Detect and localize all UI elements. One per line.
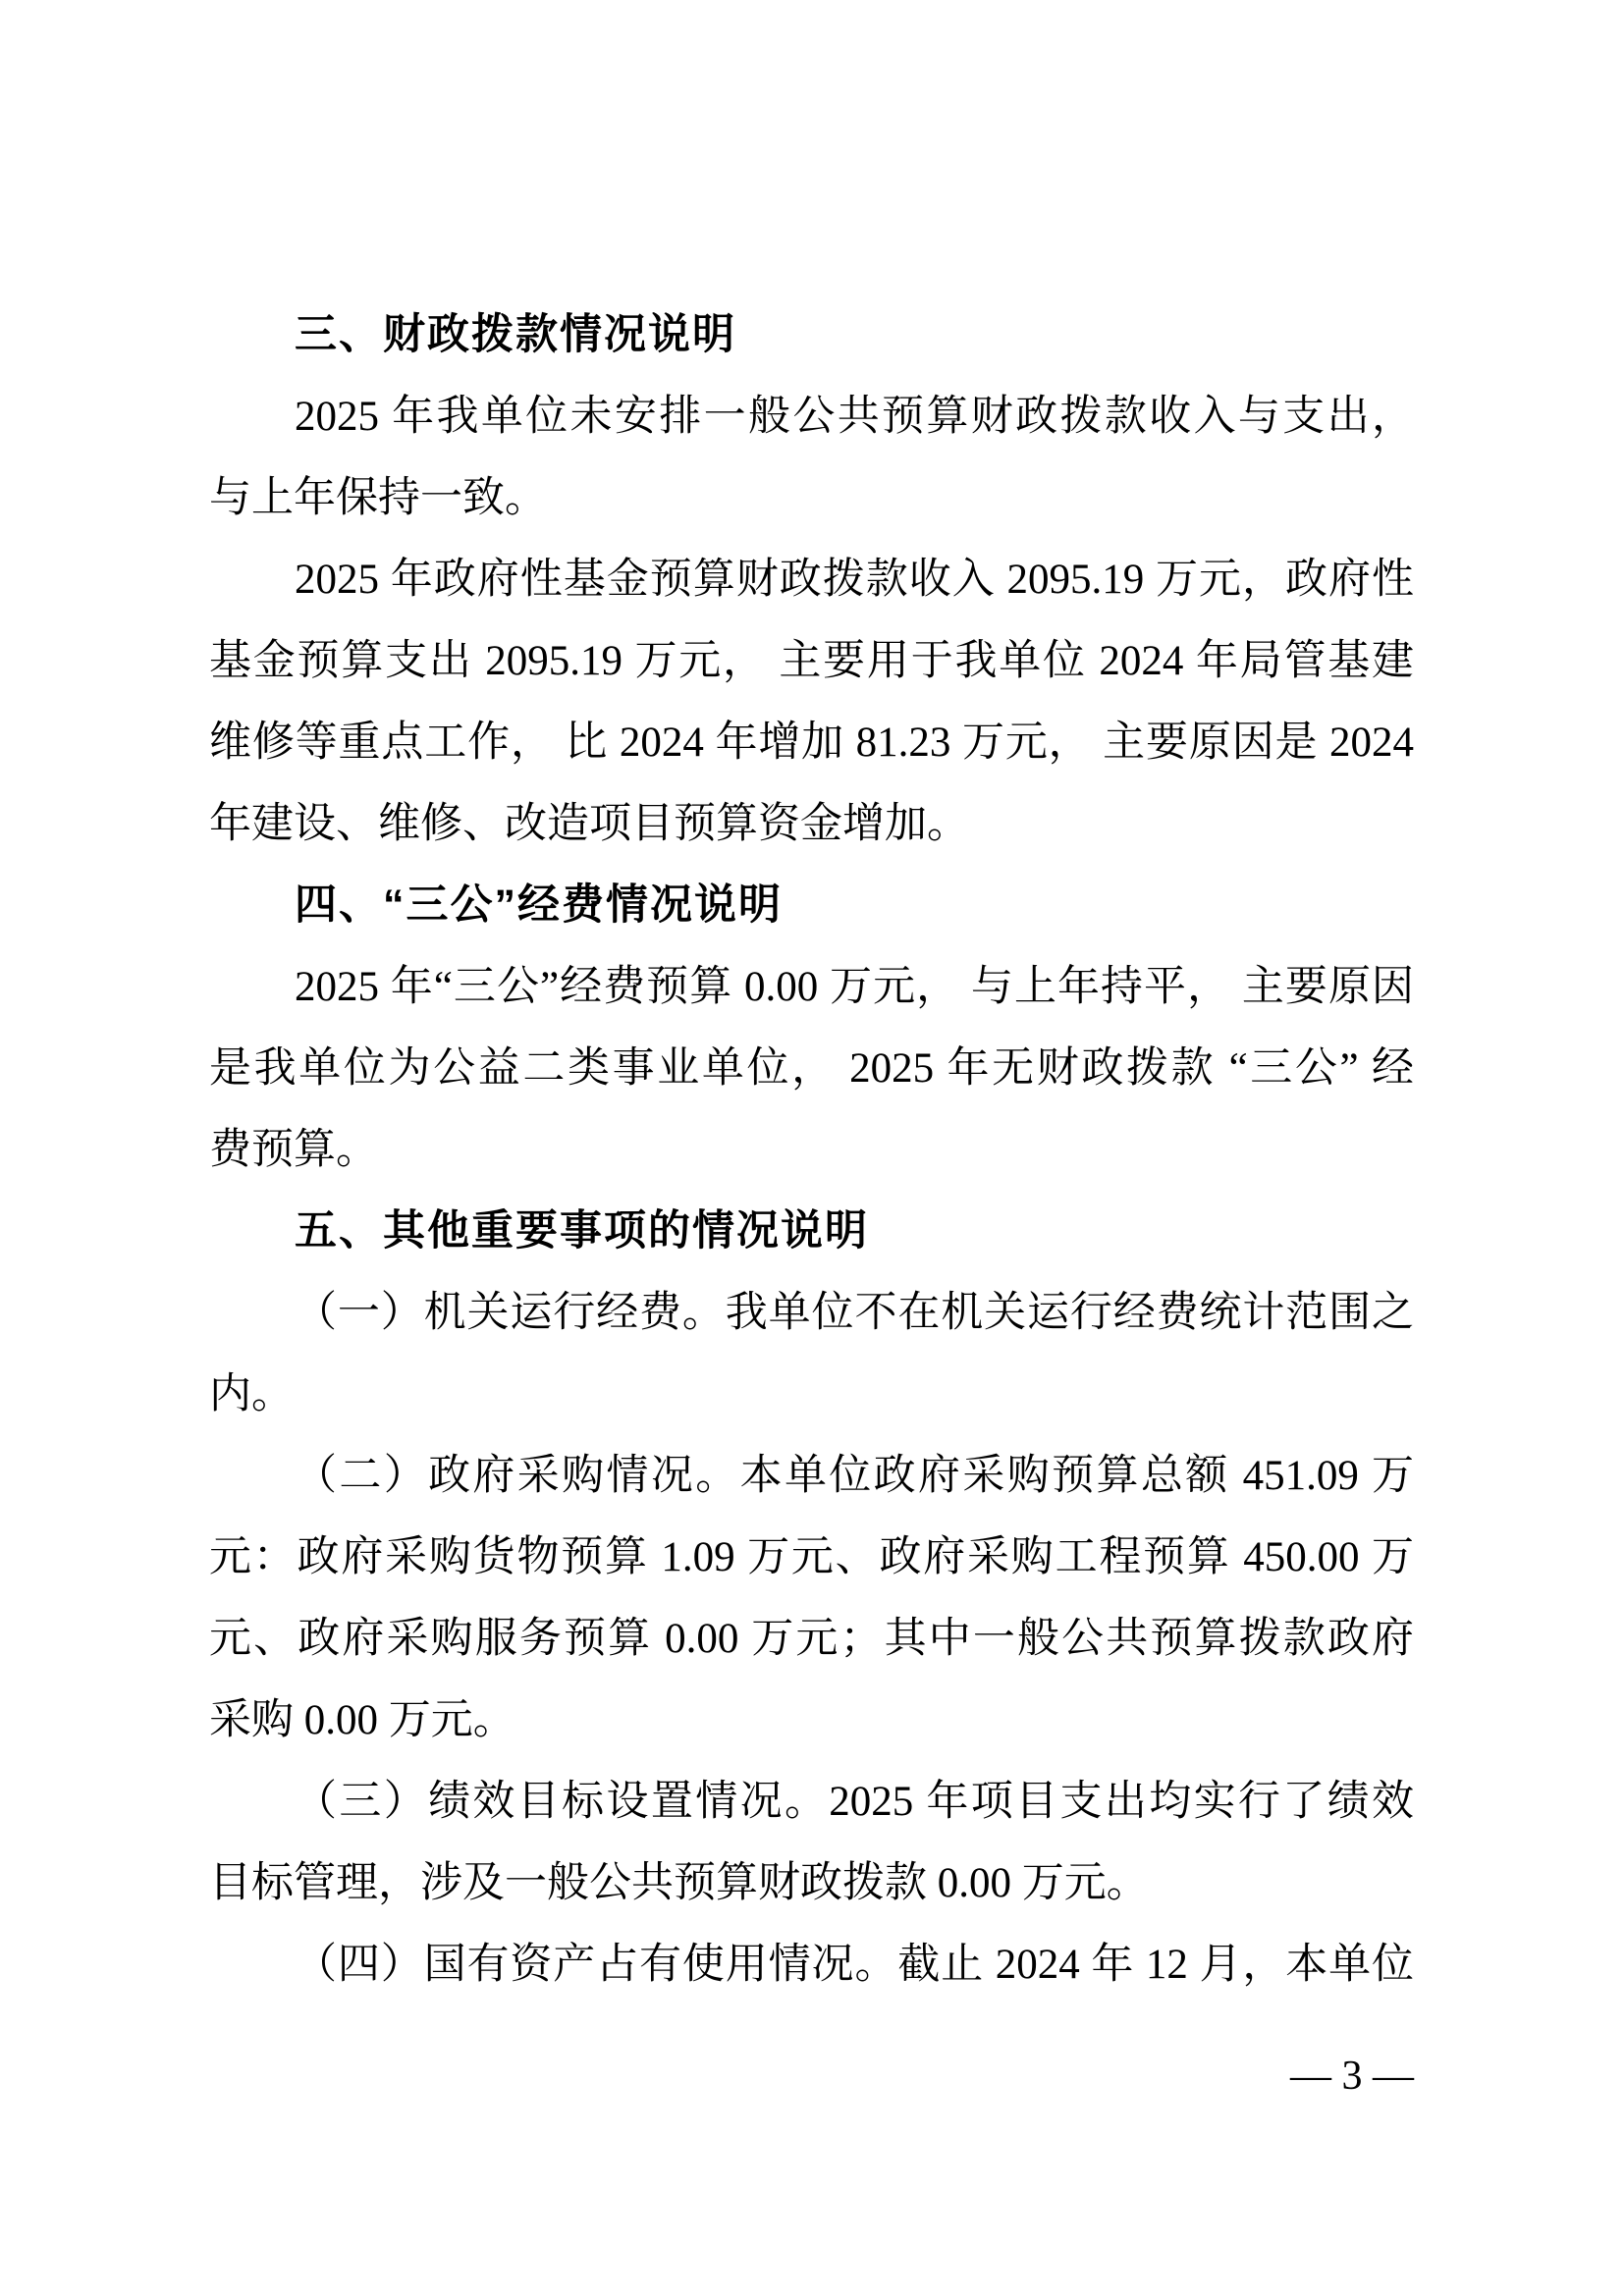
body-line: 2025 年“三公”经费预算 0.00 万元， 与上年持平， 主要原因 xyxy=(209,946,1414,1028)
body-line: 年建设、维修、改造项目预算资金增加。 xyxy=(209,783,1414,865)
body-line: （三）绩效目标设置情况。2025 年项目支出均实行了绩效 xyxy=(209,1761,1414,1842)
body-line: 元：政府采购货物预算 1.09 万元、政府采购工程预算 450.00 万 xyxy=(209,1517,1414,1598)
body-line: 是我单位为公益二类事业单位， 2025 年无财政拨款 “三公” 经 xyxy=(209,1028,1414,1109)
body-line: （二）政府采购情况。本单位政府采购预算总额 451.09 万 xyxy=(209,1435,1414,1517)
body-line: 费预算。 xyxy=(209,1109,1414,1191)
section-heading-5: 五、其他重要事项的情况说明 xyxy=(209,1191,1414,1272)
body-line: （一）机关运行经费。我单位不在机关运行经费统计范围之 xyxy=(209,1272,1414,1354)
document-body: 三、财政拨款情况说明 2025 年我单位未安排一般公共预算财政拨款收入与支出， … xyxy=(209,294,1414,2005)
body-line: 2025 年我单位未安排一般公共预算财政拨款收入与支出， xyxy=(209,376,1414,457)
section-heading-3: 三、财政拨款情况说明 xyxy=(209,294,1414,376)
body-line: 维修等重点工作， 比 2024 年增加 81.23 万元， 主要原因是 2024 xyxy=(209,702,1414,783)
document-page: 三、财政拨款情况说明 2025 年我单位未安排一般公共预算财政拨款收入与支出， … xyxy=(0,0,1624,2296)
body-line: 目标管理，涉及一般公共预算财政拨款 0.00 万元。 xyxy=(209,1842,1414,1924)
body-line: 2025 年政府性基金预算财政拨款收入 2095.19 万元，政府性 xyxy=(209,539,1414,620)
body-line: 元、政府采购服务预算 0.00 万元；其中一般公共预算拨款政府 xyxy=(209,1598,1414,1680)
page-number: — 3 — xyxy=(1290,2036,1414,2117)
body-line: （四）国有资产占有使用情况。截止 2024 年 12 月，本单位 xyxy=(209,1924,1414,2005)
section-heading-4: 四、“三公”经费情况说明 xyxy=(209,865,1414,946)
body-line: 基金预算支出 2095.19 万元， 主要用于我单位 2024 年局管基建 xyxy=(209,620,1414,702)
body-line: 采购 0.00 万元。 xyxy=(209,1680,1414,1761)
body-line: 内。 xyxy=(209,1354,1414,1435)
body-line: 与上年保持一致。 xyxy=(209,457,1414,539)
